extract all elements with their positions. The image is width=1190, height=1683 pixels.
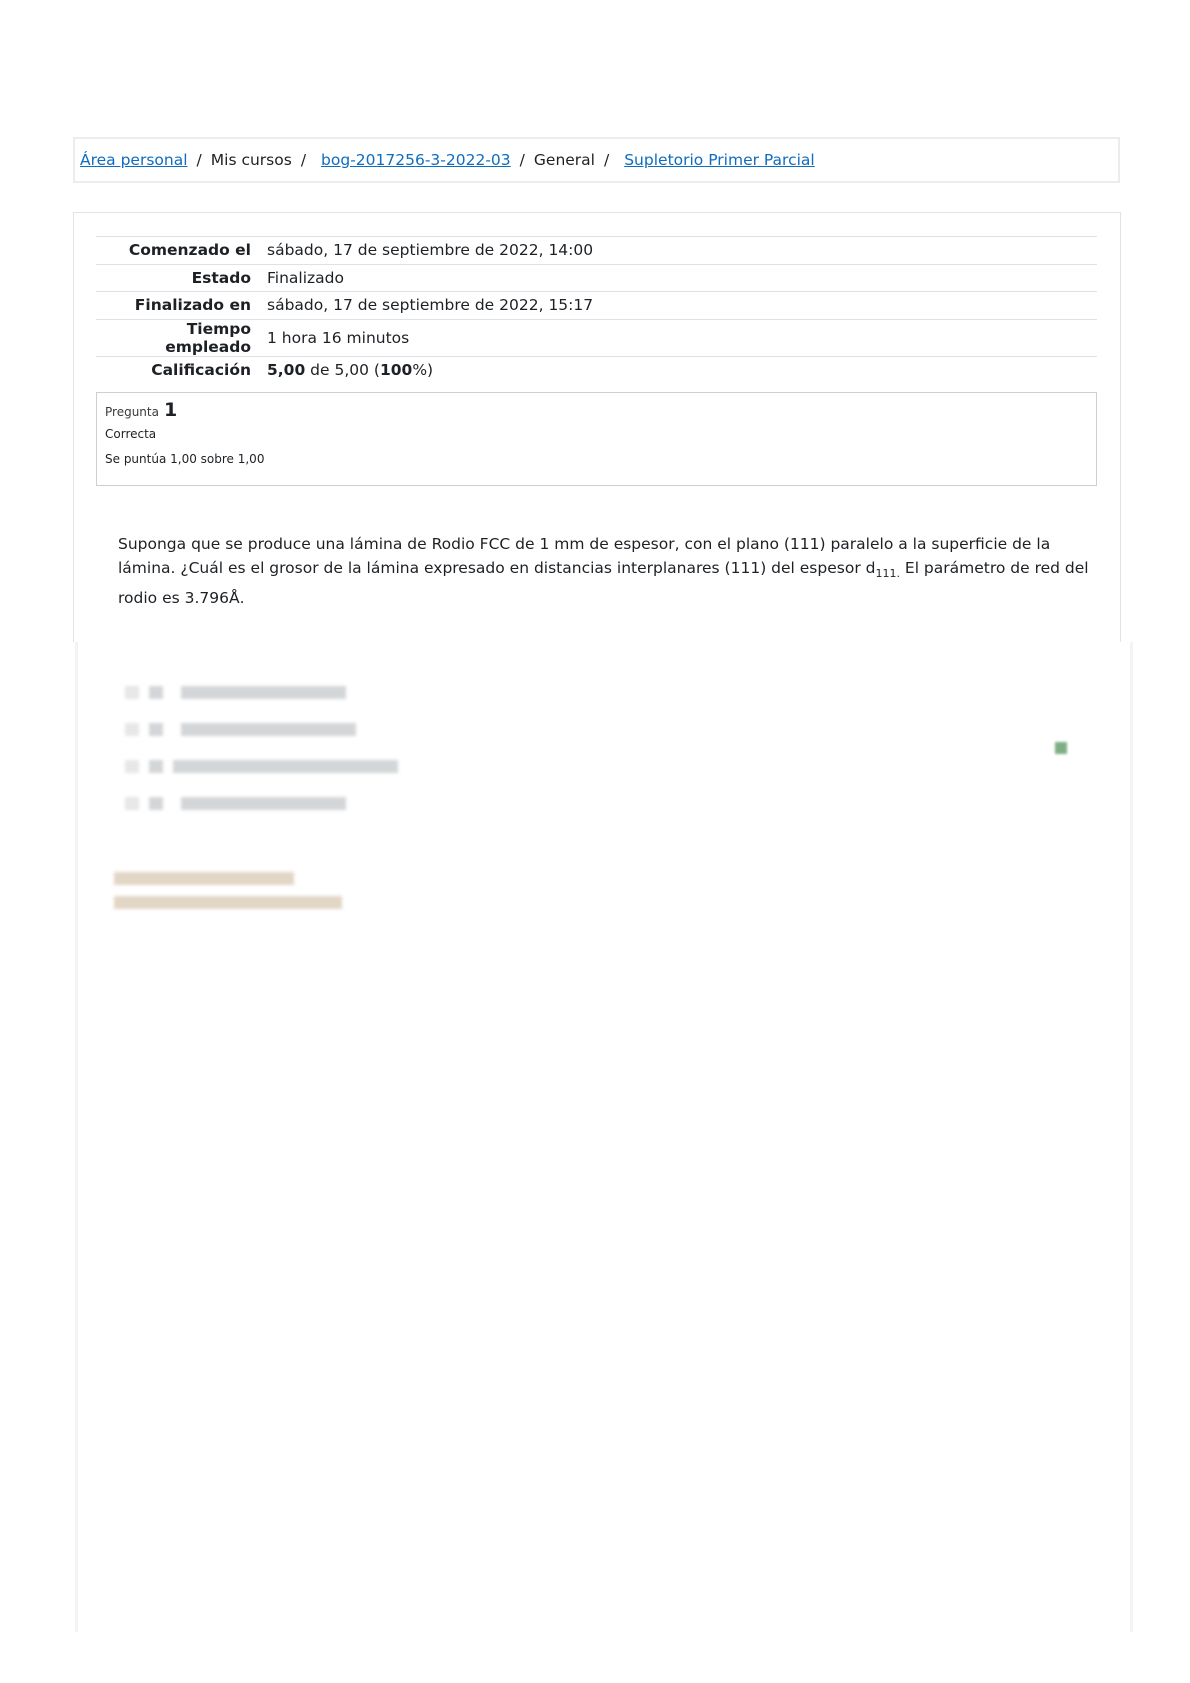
radio-icon[interactable] bbox=[125, 723, 139, 736]
radio-icon[interactable] bbox=[125, 686, 139, 699]
breadcrumb-separator: / bbox=[520, 151, 525, 169]
question-number: Pregunta 1 bbox=[105, 399, 1088, 421]
check-icon bbox=[1055, 742, 1067, 754]
breadcrumb: Área personal / Mis cursos / bog-2017256… bbox=[73, 137, 1120, 183]
answer-options-blurred bbox=[125, 674, 408, 822]
breadcrumb-general: General bbox=[534, 151, 595, 169]
summary-row-finished: Finalizado en sábado, 17 de septiembre d… bbox=[96, 292, 1097, 320]
summary-row-state: Estado Finalizado bbox=[96, 264, 1097, 292]
breadcrumb-area-personal[interactable]: Área personal bbox=[80, 151, 188, 169]
breadcrumb-separator: / bbox=[197, 151, 202, 169]
question-state: Correcta bbox=[105, 427, 1088, 441]
breadcrumb-mis-cursos: Mis cursos bbox=[211, 151, 292, 169]
grade-suffix: %) bbox=[412, 361, 433, 379]
breadcrumb-separator: / bbox=[301, 151, 306, 169]
correct-answer-feedback-blurred bbox=[114, 866, 342, 914]
radio-icon[interactable] bbox=[125, 760, 139, 773]
question-text: Suponga que se produce una lámina de Rod… bbox=[118, 532, 1093, 610]
summary-row-started: Comenzado el sábado, 17 de septiembre de… bbox=[96, 237, 1097, 265]
question-grade: Se puntúa 1,00 sobre 1,00 bbox=[105, 452, 1088, 466]
attempt-summary-table: Comenzado el sábado, 17 de septiembre de… bbox=[96, 236, 1097, 383]
answer-option[interactable] bbox=[125, 785, 408, 822]
grade-score: 5,00 bbox=[267, 361, 305, 379]
question-info-box: Pregunta 1 Correcta Se puntúa 1,00 sobre… bbox=[96, 392, 1097, 486]
subscript-111: 111. bbox=[875, 567, 900, 580]
grade-percent: 100 bbox=[380, 361, 412, 379]
grade-of-text: de 5,00 ( bbox=[305, 361, 380, 379]
breadcrumb-quiz[interactable]: Supletorio Primer Parcial bbox=[624, 151, 815, 169]
summary-row-grade: Calificación 5,00 de 5,00 (100%) bbox=[96, 356, 1097, 383]
summary-row-time-taken: Tiempo empleado 1 hora 16 minutos bbox=[96, 319, 1097, 356]
radio-icon[interactable] bbox=[125, 797, 139, 810]
breadcrumb-separator: / bbox=[604, 151, 609, 169]
answer-option[interactable] bbox=[125, 674, 408, 711]
answer-option[interactable] bbox=[125, 711, 408, 748]
breadcrumb-course[interactable]: bog-2017256-3-2022-03 bbox=[321, 151, 511, 169]
answer-option[interactable] bbox=[125, 748, 408, 785]
